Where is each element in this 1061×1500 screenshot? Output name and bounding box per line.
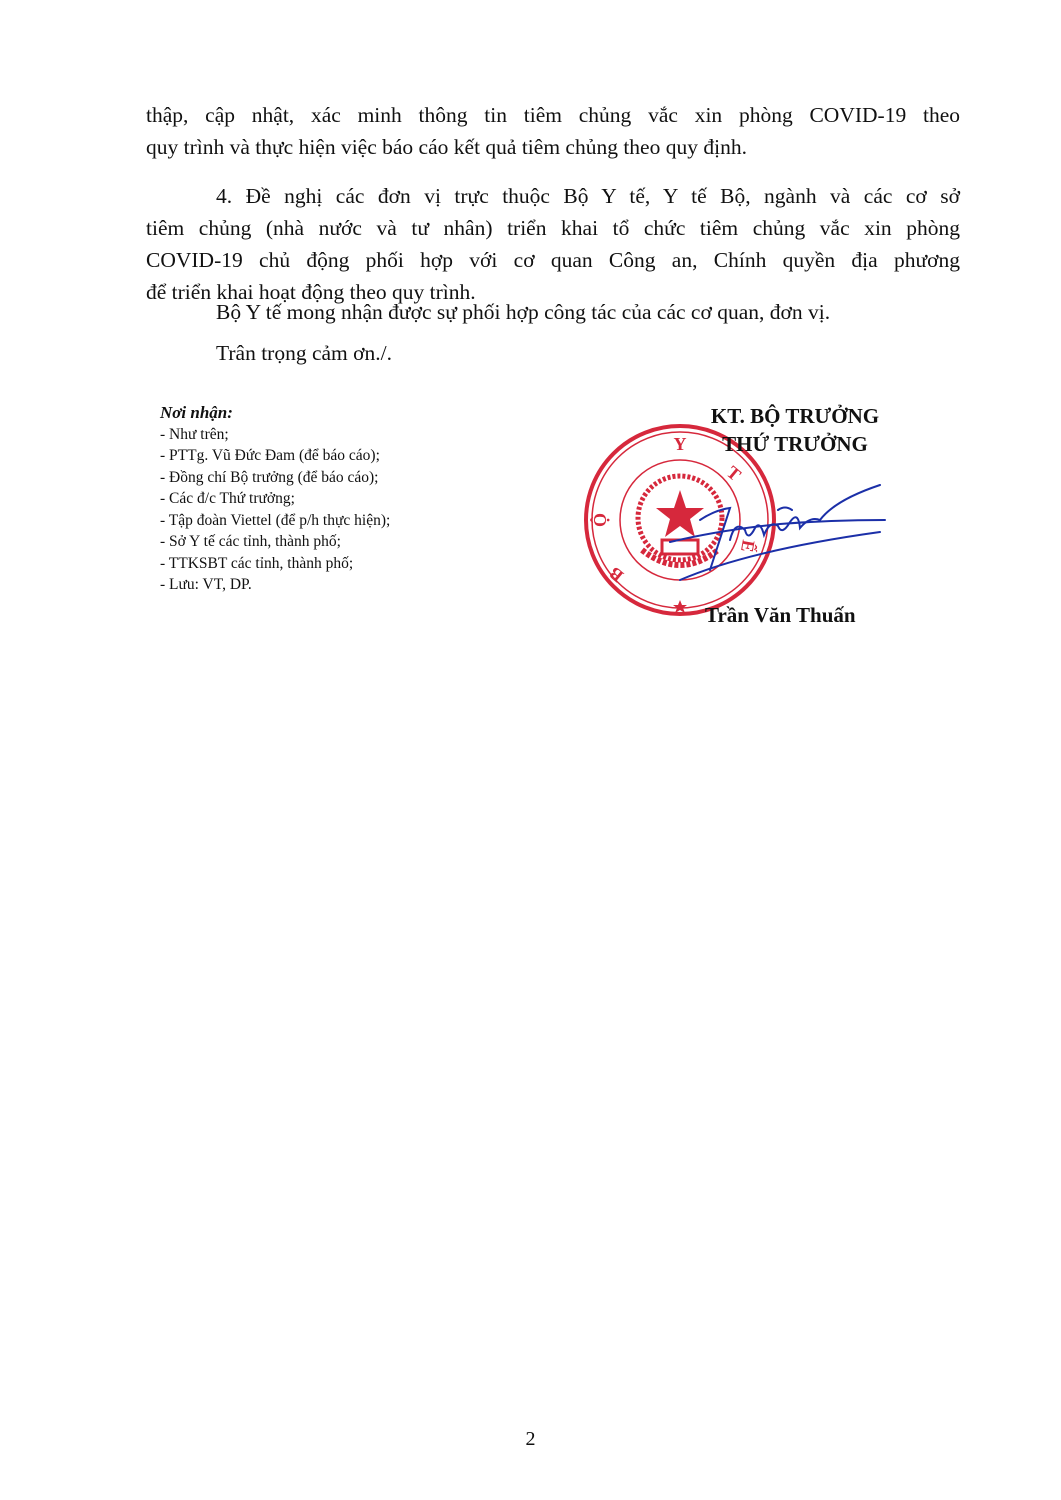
handwritten-signature-icon — [660, 480, 890, 590]
recipient-item: - Sở Y tế các tỉnh, thành phố; — [160, 531, 390, 553]
paragraph-continuation: thập, cập nhật, xác minh thông tin tiêm … — [146, 99, 960, 163]
signer-role-line1: KT. BỘ TRƯỞNG — [660, 402, 930, 430]
recipients-list: Nơi nhận: - Như trên; - PTTg. Vũ Đức Đam… — [160, 402, 390, 596]
recipient-item: - Lưu: VT, DP. — [160, 574, 390, 596]
signature-block: KT. BỘ TRƯỞNG THỨ TRƯỞNG — [660, 402, 930, 458]
text-line: Bộ Y tế mong nhận được sự phối hợp công … — [216, 296, 976, 328]
paragraph-request: Bộ Y tế mong nhận được sự phối hợp công … — [216, 296, 976, 328]
recipient-item: - Tập đoàn Viettel (để p/h thực hiện); — [160, 510, 390, 532]
text-line: COVID-19 chủ động phối hợp với cơ quan C… — [146, 244, 960, 276]
signer-name: Trần Văn Thuấn — [705, 603, 856, 628]
recipient-item: - Các đ/c Thứ trưởng; — [160, 488, 390, 510]
text-line: Trân trọng cảm ơn./. — [216, 337, 976, 369]
text-line: 4. Đề nghị các đơn vị trực thuộc Bộ Y tế… — [146, 180, 960, 212]
recipient-item: - Đồng chí Bộ trưởng (để báo cáo); — [160, 467, 390, 489]
page-number: 2 — [0, 1428, 1061, 1451]
recipient-item: - PTTg. Vũ Đức Đam (để báo cáo); — [160, 445, 390, 467]
paragraph-closing: Trân trọng cảm ơn./. — [216, 337, 976, 369]
signer-role-line2: THỨ TRƯỞNG — [660, 430, 930, 458]
paragraph-item-4: 4. Đề nghị các đơn vị trực thuộc Bộ Y tế… — [146, 180, 960, 308]
recipient-item: - TTKSBT các tỉnh, thành phố; — [160, 553, 390, 575]
svg-text:Ộ: Ộ — [589, 513, 610, 527]
text-line: quy trình và thực hiện việc báo cáo kết … — [146, 131, 960, 163]
recipient-item: - Như trên; — [160, 424, 390, 446]
recipients-title: Nơi nhận: — [160, 402, 390, 424]
text-line: tiêm chủng (nhà nước và tư nhân) triển k… — [146, 212, 960, 244]
text-line: thập, cập nhật, xác minh thông tin tiêm … — [146, 99, 960, 131]
